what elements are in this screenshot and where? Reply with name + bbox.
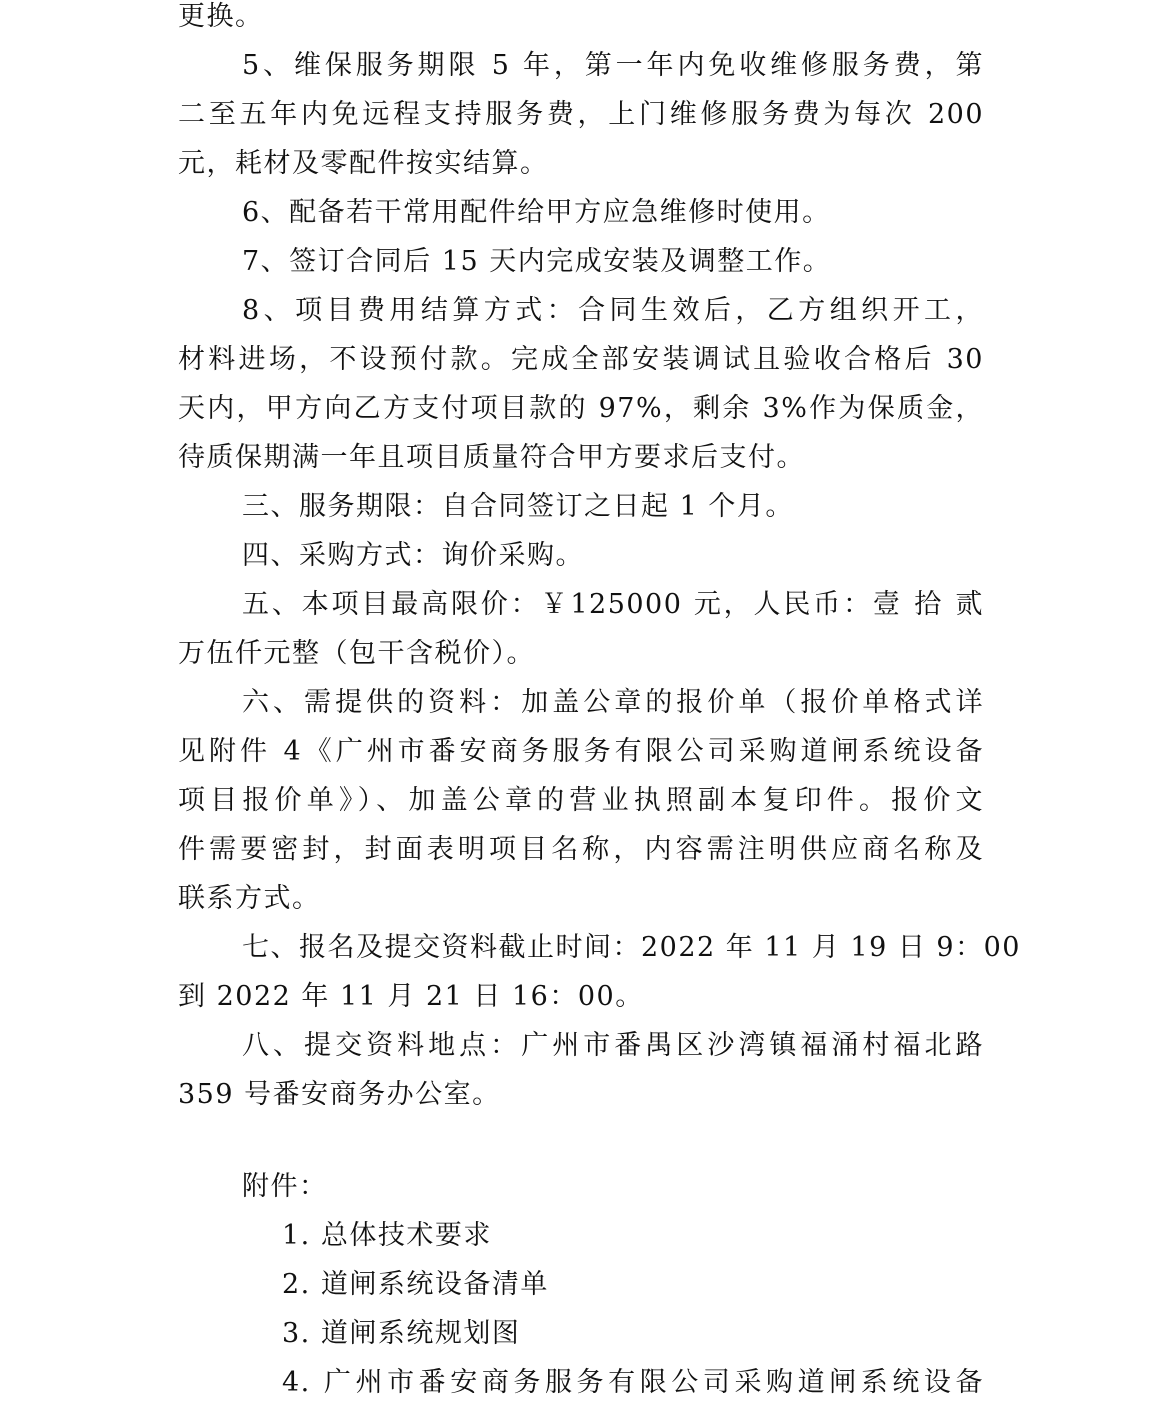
paragraph-line: 8、项目费用结算方式：合同生效后，乙方组织开工， (242, 294, 984, 328)
paragraph-line: 5、维保服务期限 5 年，第一年内免收维修服务费，第 (242, 49, 984, 83)
attachment-item: 3. 道闸系统规划图 (282, 1317, 984, 1351)
paragraph-line: 万伍仟元整（包干含税价）。 (178, 637, 984, 671)
paragraph-line: 七、报名及提交资料截止时间：2022 年 11 月 19 日 9：00 (242, 931, 984, 965)
paragraph-line: 三、服务期限：自合同签订之日起 1 个月。 (242, 490, 984, 524)
paragraph-line: 八、提交资料地点：广州市番禺区沙湾镇福涌村福北路 (242, 1029, 984, 1063)
paragraph-line: 联系方式。 (178, 882, 984, 916)
paragraph-line: 件需要密封，封面表明项目名称，内容需注明供应商名称及 (178, 833, 984, 867)
paragraph-line: 元，耗材及零配件按实结算。 (178, 147, 984, 181)
attachment-item: 4. 广州市番安商务服务有限公司采购道闸系统设备 (282, 1366, 984, 1400)
paragraph-line: 天内，甲方向乙方支付项目款的 97%，剩余 3%作为保质金， (178, 392, 984, 426)
paragraph-line: 到 2022 年 11 月 21 日 16：00。 (178, 980, 984, 1014)
paragraph-line: 材料进场，不设预付款。完成全部安装调试且验收合格后 30 (178, 343, 984, 377)
paragraph-line: 项目报价单》）、加盖公章的营业执照副本复印件。报价文 (178, 784, 984, 818)
paragraph-line: 更换。 (178, 0, 984, 34)
attachment-item: 2. 道闸系统设备清单 (282, 1268, 984, 1302)
attachment-item: 1. 总体技术要求 (282, 1219, 984, 1253)
document-page: 更换。 5、维保服务期限 5 年，第一年内免收维修服务费，第 二至五年内免远程支… (0, 0, 1158, 1401)
paragraph-line: 四、采购方式：询价采购。 (242, 539, 984, 573)
paragraph-line: 待质保期满一年且项目质量符合甲方要求后支付。 (178, 441, 984, 475)
paragraph-line: 六、需提供的资料：加盖公章的报价单（报价单格式详 (242, 686, 984, 720)
paragraph-line: 7、签订合同后 15 天内完成安装及调整工作。 (242, 245, 984, 279)
paragraph-line: 见附件 4《广州市番安商务服务有限公司采购道闸系统设备 (178, 735, 984, 769)
attachments-title: 附件： (242, 1170, 542, 1204)
paragraph-line: 五、本项目最高限价：￥125000 元，人民币：壹 拾 贰 (242, 588, 984, 622)
paragraph-line: 6、配备若干常用配件给甲方应急维修时使用。 (242, 196, 984, 230)
paragraph-line: 359 号番安商务办公室。 (178, 1078, 984, 1112)
paragraph-line: 二至五年内免远程支持服务费，上门维修服务费为每次 200 (178, 98, 984, 132)
